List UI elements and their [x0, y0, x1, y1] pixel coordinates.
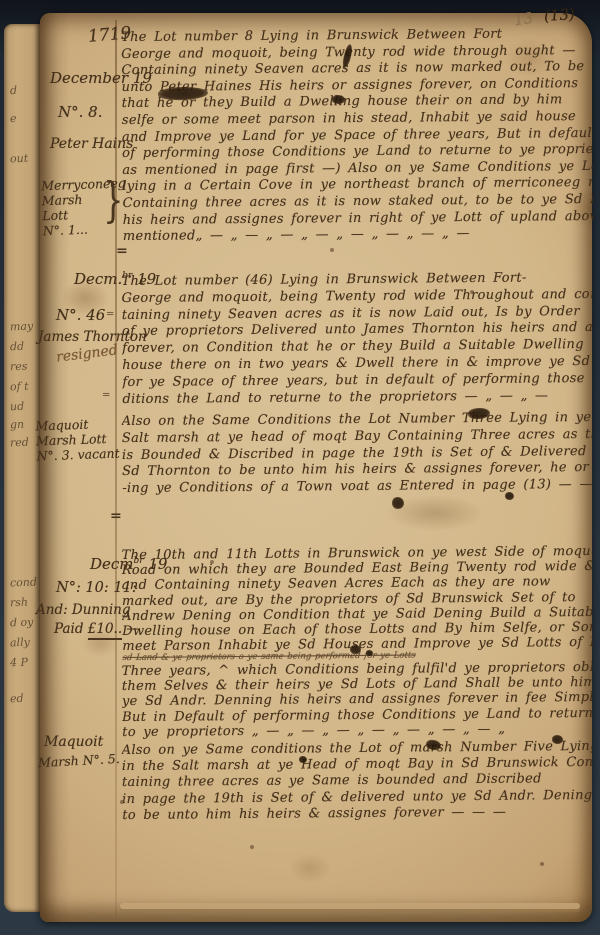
stain-speck — [120, 800, 124, 804]
ink-blot — [552, 735, 563, 744]
manuscript-photo: d e out may dd res of t ud gn red cond r… — [0, 0, 600, 935]
page-edge-fragment: ally — [10, 636, 30, 650]
stain-speck — [330, 248, 334, 252]
entry-body: The Lot number 8 Lying in Brunswick Betw… — [121, 26, 593, 246]
previous-page-edge: d e out may dd res of t ud gn red cond r… — [4, 24, 42, 912]
entry-body: Also on the Same Conditions the Lot Numb… — [122, 410, 593, 498]
stain-speck — [470, 290, 474, 294]
grantee-name: Peter Hains — [50, 136, 133, 152]
page-edge-fragment: gn — [10, 418, 25, 431]
ink-blot — [505, 492, 514, 500]
page-edge-fragment: res — [10, 360, 28, 374]
entry-body: Also on ye Same conditions the Lot of ma… — [122, 739, 593, 824]
catch-mark: = — [106, 309, 114, 320]
paid-amount: £10.. — [88, 621, 122, 640]
page-bottom-edge — [120, 903, 580, 909]
stain-speck — [250, 845, 254, 849]
marsh-lot-label: Maquoit Marsh Lott N°. 3. vacant — [35, 416, 121, 464]
page-edge-fragment: d — [10, 84, 17, 97]
margin-lot-number: N°. 46 — [56, 306, 105, 324]
page-edge-fragment: ud — [10, 400, 25, 413]
page-edge-fragment: out — [10, 152, 29, 166]
catch-mark: = — [102, 390, 110, 401]
stain-speck — [210, 560, 214, 564]
page-edge-fragment: d oy — [10, 616, 34, 630]
page-edge-fragment: 4 P — [10, 656, 28, 670]
page-edge-fragment: red — [10, 436, 29, 450]
margin-rule-line — [115, 20, 117, 916]
page-edge-fragment: rsh — [10, 596, 28, 610]
page-edge-fragment: may — [10, 320, 34, 334]
paid-label: Paid — [54, 621, 88, 637]
entry-body: The Lot number (46) Lying in Brunswick B… — [121, 270, 592, 408]
marsh-lot-label: Merryconeeg Marsh Lott N°. 1... — [41, 176, 113, 238]
marsh-lot-line: N°. 3. vacant — [36, 446, 120, 464]
margin-date-text: Decm. — [74, 270, 122, 288]
stain-speck — [540, 862, 544, 866]
ink-blot — [332, 95, 345, 104]
entry-separator-mark: = — [110, 508, 122, 524]
page-edge-fragment: of t — [10, 380, 29, 394]
margin-lot-number: N°. 8. — [58, 103, 102, 121]
marsh-lot-label: Maquoit — [44, 734, 103, 750]
marsh-lot-line: Merryconeeg — [41, 176, 111, 193]
ink-blot — [350, 645, 361, 654]
page-edge-fragment: ed — [10, 692, 24, 705]
entry-separator-mark: = — [116, 243, 128, 259]
entry-body: Three years, ^ which Conditions being fu… — [122, 660, 593, 740]
ink-blot — [299, 756, 307, 763]
page-edge-fragment: dd — [10, 340, 25, 353]
folio-number-ink: (13) — [543, 5, 575, 25]
ink-blot — [392, 497, 404, 509]
margin-brace: } — [103, 172, 123, 228]
page-edge-fragment: cond — [10, 576, 37, 590]
grantee-name: And: Dunning — [36, 602, 131, 618]
page-edge-fragment: e — [10, 112, 17, 125]
marsh-lot-line: Marsh Lott — [41, 191, 112, 223]
ink-blot — [366, 650, 373, 656]
